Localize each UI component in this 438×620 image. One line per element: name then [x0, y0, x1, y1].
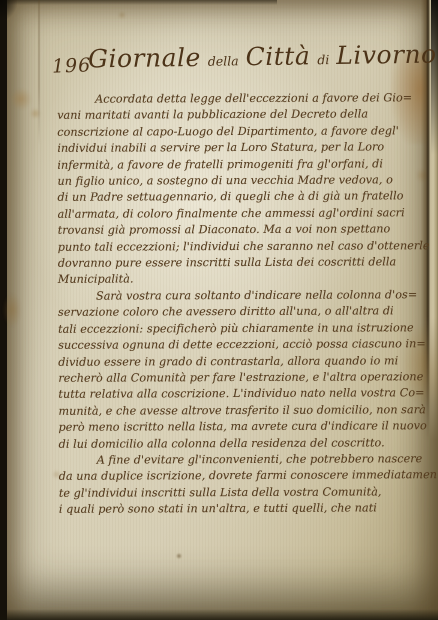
page-fold-line [38, 0, 40, 145]
journal-title: Giornale della Città di Livorno [88, 40, 437, 74]
text-line: recherò alla Comunità per fare l'estrazi… [58, 369, 428, 387]
top-edge-shadow [7, 0, 277, 5]
text-line: da una duplice iscrizione, dovrete farmi… [59, 468, 429, 486]
paragraph: Sarà vostra cura soltanto d'indicare nel… [58, 287, 429, 453]
text-line: Accordata detta legge dell'eccezzioni a … [57, 90, 427, 108]
body-text: Accordata detta legge dell'eccezzioni a … [57, 90, 429, 518]
title-word-livorno: Livorno [336, 40, 437, 70]
text-line: tutta relativa alla coscrizione. L'indiv… [58, 386, 428, 404]
title-word-citta: Città [245, 41, 310, 71]
text-line: servazione coloro che avessero diritto a… [58, 303, 428, 321]
text-line: munità, e che avesse altrove trasferito … [58, 402, 428, 420]
text-line: di lui domicilio alla colonna della resi… [59, 435, 429, 453]
title-word-di: di [317, 52, 329, 67]
text-line: successiva ognuna di dette eccezzioni, a… [58, 336, 428, 354]
text-line: dividuo essere in grado di contrastarla,… [58, 353, 428, 371]
text-line: infermità, a favore de fratelli primogen… [57, 156, 427, 174]
text-line: Municipalità. [58, 271, 428, 289]
text-line: i quali però sono stati in un'altra, e t… [59, 500, 429, 518]
text-line: di un Padre settuagennario, di quegli ch… [58, 189, 428, 207]
paragraph: A fine d'evitare gl'inconvenienti, che p… [59, 451, 429, 518]
bottom-edge-shadow [0, 609, 438, 620]
paragraph: Accordata detta legge dell'eccezzioni a … [57, 90, 428, 288]
text-line: però meno iscritto nella lista, ma avret… [59, 418, 429, 436]
text-line: all'armata, di coloro finalmente che amm… [58, 205, 428, 223]
text-line: Sarà vostra cura soltanto d'indicare nel… [58, 287, 428, 305]
title-word-giornale: Giornale [88, 43, 201, 74]
text-line: te gl'individui inscritti sulla Lista de… [59, 484, 429, 502]
text-line: punto tali eccezzioni; l'individui che s… [58, 238, 428, 256]
text-line: un figlio unico, a sostegno di una vecch… [57, 172, 427, 190]
text-line: trovansi già promossi al Diaconato. Ma a… [58, 221, 428, 239]
title-word-della: della [208, 53, 239, 68]
text-line: conscrizione al capo-Luogo del Dipartime… [57, 123, 427, 141]
text-line: individui inabili a servire per la Loro … [57, 139, 427, 157]
text-line: vani maritati avanti la pubblicazione de… [57, 107, 427, 125]
text-line: dovranno pure essere inscritti sulla Lis… [58, 254, 428, 272]
text-line: A fine d'evitare gl'inconvenienti, che p… [59, 451, 429, 469]
top-right-shadow [431, 0, 438, 155]
text-line: tali eccezzioni: specificherò più chiara… [58, 320, 428, 338]
manuscript-scan: 196 Giornale della Città di Livorno Acco… [0, 0, 438, 620]
page-number: 196 [52, 54, 92, 77]
